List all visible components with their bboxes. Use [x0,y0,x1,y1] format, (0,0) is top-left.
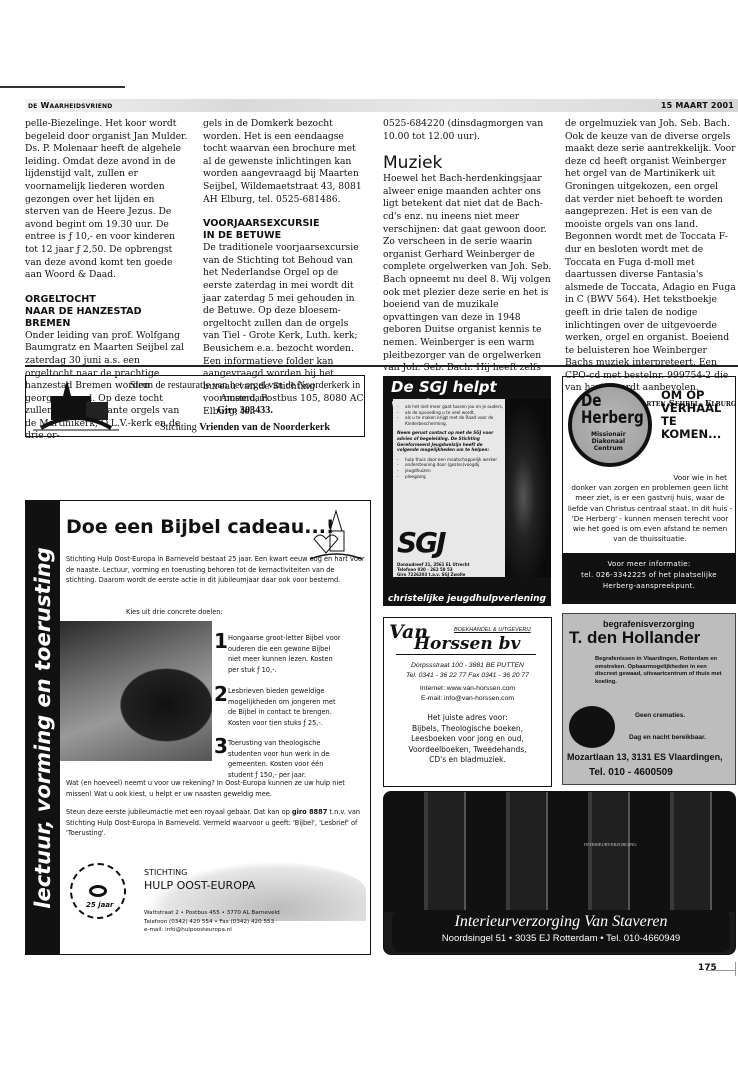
page-header: de Waarheidsvriend 15 MAART 2001 [25,99,738,112]
ad-van-horssen: Van BOEKHANDEL & UITGEVERIJ Horssen bv D… [383,617,552,787]
eye-logo-icon [70,863,126,919]
paragraph: gels in de Domkerk bezocht worden. Het i… [203,118,366,206]
issue-date: 15 MAART 2001 [661,101,734,110]
bijbel-intro: Stichting Hulp Oost-Europa in Barneveld … [66,554,366,586]
herberg-body: Voor wie in het donker van zorgen en pro… [567,473,733,544]
sgj-tagline: christelijke jeugdhulpverlening [383,594,551,604]
ad-sgj: De SGJ helpt verder als het niet meer ga… [383,376,551,606]
herberg-headline: OM OP VERHAAL TE KOMEN... [661,389,721,441]
horssen-products: Het juiste adres voor: Bijbels, Theologi… [384,713,551,766]
article-column-2: gels in de Domkerk bezocht worden. Het i… [203,118,366,418]
staveren-nameplate: Interieurverzorging Van Staveren Noordsi… [392,910,730,952]
goal-2: 2Lesbrieven bieden geweldige mogelijkhed… [214,686,344,728]
bijbel-paragraph: Wat (en hoeveel) neemt u voor uw rekenin… [66,778,366,799]
church-illustration-icon [26,376,126,436]
hollander-name: T. den Hollander [569,628,700,648]
top-rule [0,86,125,88]
hulp-oost-europa-name: HULP OOST-EUROPA [144,879,255,892]
page-number: 175 [698,963,717,973]
paragraph: 0525-684220 (dinsdagmorgen van 10.00 tot… [383,118,553,143]
paragraph: de orgelmuziek van Joh. Seb. Bach. Ook d… [565,118,736,395]
section-title-muziek: Muziek [383,153,553,173]
ad-bijbel-cadeau: lectuur, vorming en toerusting Doe een B… [25,500,371,955]
section-divider [25,365,738,367]
goal-1: 1Hongaarse groot-letter Bijbel voor oude… [214,633,344,675]
section-heading: VOORJAARSEXCURSIEIN DE BETUWE [203,218,366,242]
paragraph: pelle-Biezelinge. Het koor wordt begelei… [25,118,188,282]
bijbel-giro-paragraph: Steun deze eerste jubileumactie met een … [66,807,366,839]
ad-noorderkerk: Steun de restauratie van het orgel van d… [25,375,365,437]
shopfront-photo [384,792,735,912]
goal-3: 3Toerusting van theologische studenten v… [214,738,344,780]
hollander-address: Mozartlaan 13, 3131 ES Vlaardingen, [567,752,723,762]
ad-van-staveren: INTERIEURVERZORGING Interieurverzorging … [383,791,736,955]
horssen-address: Dorpssstraat 100 - 3881 BE PUTTEN Tel. 0… [384,661,551,681]
bijbel-title: Doe een Bijbel cadeau...! [66,516,335,538]
sgj-address: Donaudreef 21, 3561 EL Utrecht Telefoon … [397,562,470,577]
sgj-logo: SGJ [397,526,445,559]
section-heading: ORGELTOCHTNAAR DE HANZESTAD BREMEN [25,294,188,330]
horssen-email[interactable]: E-mail: info@van-horssen.com [384,694,551,704]
hulp-oost-europa-address: Wattstraat 2 • Postbus 455 • 3770 AL Bar… [144,909,280,935]
publication-name: de Waarheidsvriend [28,101,112,110]
horssen-website[interactable]: Internet: www.van-horssen.com [384,684,551,694]
herberg-logo-text: DeHerberg [581,393,644,427]
child-photo [505,399,551,577]
sgj-body: als het niet meer gaat tussen jou en je … [397,404,505,479]
horssen-logo-name: Horssen bv [414,634,520,654]
urn-icon [569,706,615,748]
hollander-phone: Tel. 010 - 4600509 [589,767,673,778]
herberg-contact: Voor meer informatie: tel. 026-3342225 o… [563,553,735,603]
walking-person-photo [60,621,212,761]
ad-de-herberg: DeHerberg MissionairDiakonaalCentrum OM … [562,376,736,604]
side-band: lectuur, vorming en toerusting [26,501,60,954]
ad-den-hollander: begrafenisverzorging T. den Hollander Be… [562,613,736,785]
horssen-online: Internet: www.van-horssen.com E-mail: in… [384,684,551,704]
noorderkerk-text: Steun de restauratie van het orgel van d… [126,376,364,436]
